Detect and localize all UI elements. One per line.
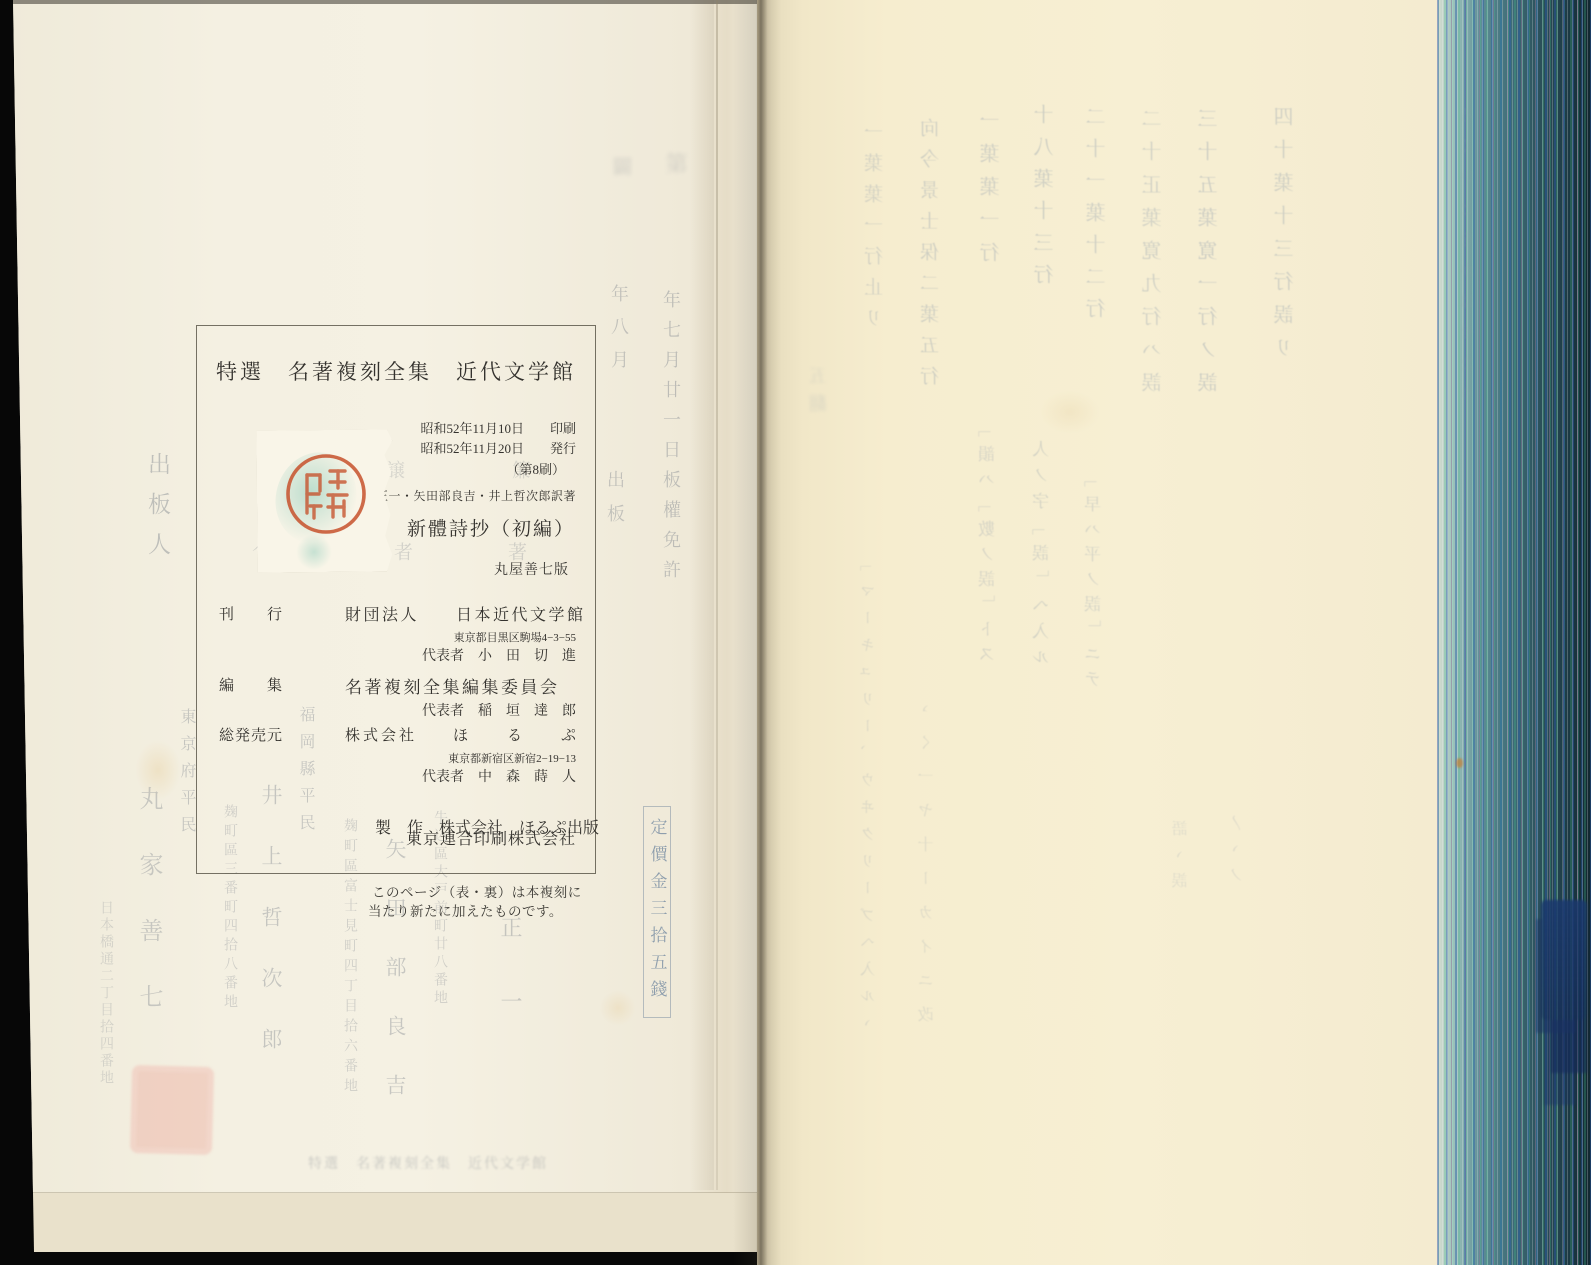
page-top-shadow	[13, 0, 757, 4]
publish-date: 昭和52年11月20日 発行	[420, 442, 576, 457]
sales-row-label: 総発売元	[219, 728, 283, 745]
fore-edge-stripes	[1437, 0, 1591, 1265]
print-date: 昭和52年11月10日 印刷	[420, 422, 576, 437]
teal-ink-smudge-tail	[296, 534, 332, 570]
publish-address: 東京都目黒区駒場4−3−55	[454, 632, 576, 645]
edit-representative: 代表者 稲 垣 達 郎	[422, 704, 576, 720]
ink-blot	[1541, 900, 1587, 1020]
imprint-line: 丸屋善七版	[494, 563, 569, 579]
page-crease	[716, 0, 718, 1190]
library-seal-icon	[283, 451, 369, 537]
colophon-box: 特選 名著複刻全集 近代文学館 昭和52年11月10日 印刷 昭和52年11月2…	[196, 325, 596, 874]
right-page	[757, 0, 1437, 1265]
orange-fleck	[1456, 758, 1463, 768]
edit-org: 名著複刻全集編集委員会	[345, 678, 560, 698]
reprint-note-line2: 当たり新たに加えたものです。	[368, 900, 563, 920]
price-box: 定價金三拾五錢	[643, 806, 671, 1018]
publish-org: 財団法人 日本近代文学館	[345, 607, 586, 625]
sales-org: 株式会社 ほ る ぷ	[345, 728, 579, 745]
book-title: 新體詩抄（初編）	[407, 519, 575, 541]
production-printer: 東京連合印刷株式会社	[406, 831, 576, 849]
publish-representative: 代表者 小 田 切 進	[422, 649, 576, 665]
book-photo: 出板人丸家善七日本橋通二丁目拾四番地東京府平民麹町區三番町四拾八番地井上哲次郎福…	[0, 0, 1591, 1265]
pink-seal-stamp	[130, 1065, 214, 1155]
reprint-note-line1: このページ（表・裏）は本複刻に	[372, 881, 582, 901]
impression-number: （第8刷）	[506, 463, 565, 478]
publish-row-label: 刊 行	[219, 607, 283, 624]
sales-address: 東京都新宿区新宿2−19−13	[448, 753, 576, 766]
page-crease-shade	[690, 0, 714, 1190]
price-label: 定價金三拾五錢	[649, 818, 666, 1007]
sales-representative: 代表者 中 森 蒔 人	[422, 770, 576, 786]
series-title: 特選 名著複刻全集 近代文学館	[197, 360, 595, 384]
edit-row-label: 編 集	[219, 678, 283, 695]
